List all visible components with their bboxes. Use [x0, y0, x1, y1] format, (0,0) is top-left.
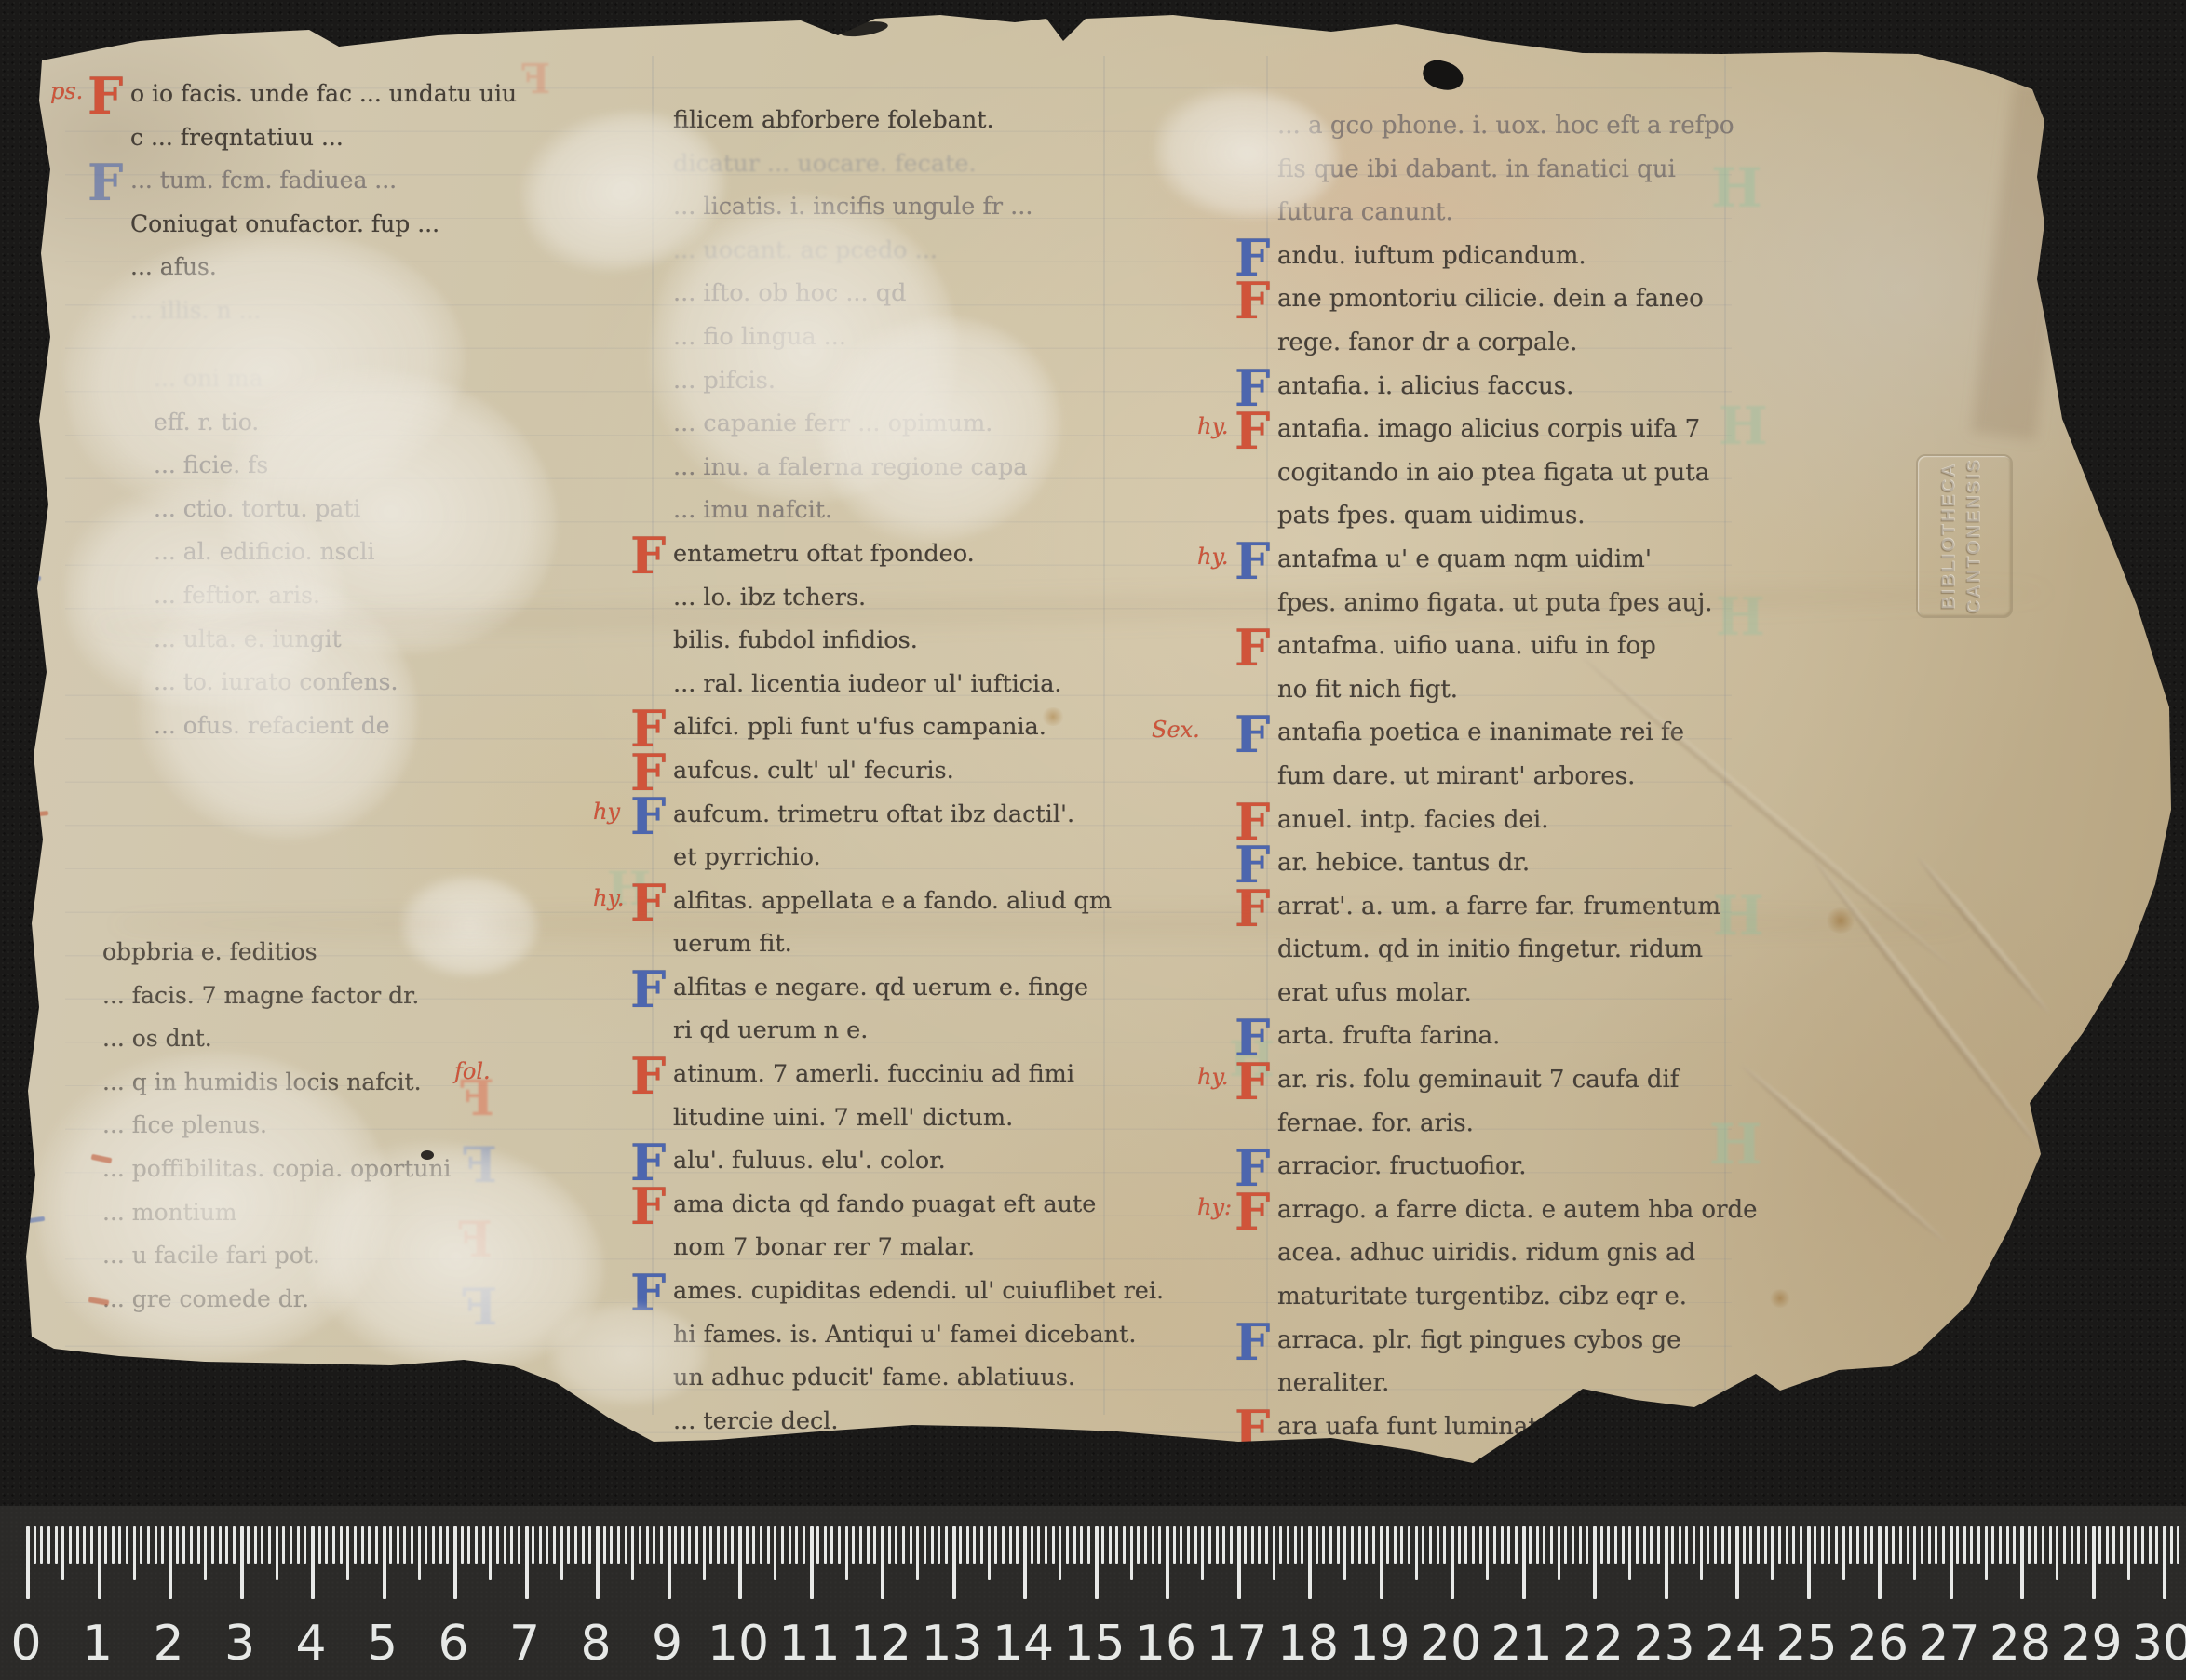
text-line: ... u facile fari pot.: [102, 1234, 624, 1278]
text-line: alifci. ppli funt u'fus campania.: [673, 706, 1120, 749]
glossary-entry: hy.Far. ris. folu geminauit 7 caufa diff…: [1277, 1058, 1724, 1145]
ruler-tick: [668, 1526, 671, 1599]
text-line: ... licatis. i. incifis ungule fr ...: [673, 185, 1120, 229]
glossary-entry: Fane pmontoriu cilicie. dein a faneorege…: [1277, 277, 1724, 364]
ruler-tick: [1870, 1526, 1873, 1564]
glossary-entry: ... illis. n ...: [130, 289, 540, 333]
glossary-entry: hy.Falfitas. appellata e a fando. aliud …: [673, 880, 1120, 966]
ruler-tick: [2049, 1526, 2052, 1564]
ruler-tick: [225, 1526, 228, 1564]
ruler-tick: [126, 1526, 128, 1564]
text-line: alu'. fuluus. elu'. color.: [673, 1139, 1120, 1183]
text-line: ... montium: [102, 1191, 624, 1235]
text-column-left-middle: ... oni maeff. r. tio.... ficie. fs... c…: [154, 357, 600, 747]
ruler-tick: [724, 1526, 727, 1564]
ruler-tick: [2112, 1526, 2115, 1564]
ruler-tick: [1016, 1526, 1019, 1564]
ruler-tick: [403, 1526, 406, 1564]
ruler-tick: [2063, 1526, 2066, 1564]
ruler-tick: [432, 1526, 435, 1564]
text-line: arrago. a farre dicta. e autem hba orde: [1277, 1189, 1724, 1232]
glossary-entry: Coniugat onufactor. fup ...... afus.: [130, 203, 540, 289]
ruler-tick: [1507, 1526, 1510, 1564]
ruler-tick: [2141, 1526, 2144, 1564]
glossary-entry: Farta. frufta farina.: [1277, 1015, 1724, 1058]
glossary-entry: bilis. fubdol infidios.: [673, 619, 1120, 663]
ruler-tick: [1343, 1526, 1346, 1580]
ruler-tick: [881, 1526, 884, 1599]
ruler-tick: [625, 1526, 627, 1564]
ruler-tick: [1380, 1526, 1383, 1599]
ruler-tick: [346, 1526, 349, 1580]
ruler-tick: [1031, 1526, 1033, 1564]
ruler-number: 27: [1918, 1616, 1979, 1672]
ruler-tick: [1614, 1526, 1617, 1564]
ruler-number: 28: [1990, 1616, 2051, 1672]
text-line: ... feftior. aris.: [154, 574, 600, 618]
text-line: ... gre comede dr.: [102, 1278, 624, 1322]
ruler-number: 15: [1063, 1616, 1125, 1672]
ruler-tick: [1208, 1526, 1211, 1564]
ruler-tick: [1458, 1526, 1461, 1564]
ruler-tick: [709, 1526, 712, 1564]
text-line: alfitas e negare. qd uerum e. finge: [673, 966, 1120, 1010]
ruler-tick: [2056, 1526, 2058, 1580]
ruler-number: 2: [153, 1616, 183, 1672]
text-line: ... capanie ferr ... opimum.: [673, 402, 1120, 446]
ruler-number: 4: [295, 1616, 326, 1672]
ruler-tick: [155, 1526, 157, 1564]
ruler-number: 5: [367, 1616, 398, 1672]
ruler-tick: [104, 1526, 107, 1564]
ruler-tick: [1265, 1526, 1268, 1564]
ruler-tick: [1529, 1526, 1532, 1564]
ruler-tick: [582, 1526, 585, 1564]
entry-initial: F: [88, 155, 123, 209]
margin-note: hy:: [1197, 1194, 1232, 1220]
ruler-tick: [118, 1526, 121, 1564]
ruler-tick: [1329, 1526, 1332, 1564]
ruler-number: 24: [1705, 1616, 1766, 1672]
ruler-tick: [2013, 1526, 2016, 1564]
text-line: ri qd uerum n e.: [673, 1009, 1120, 1053]
text-line: nom 7 bonar rer 7 malar.: [673, 1226, 1120, 1270]
text-line: andu. iuftum pdicandum.: [1277, 235, 1724, 278]
text-line: ... lo. ibz tchers.: [673, 576, 1120, 620]
glossary-entry: filicem abforbere folebant.: [673, 99, 1120, 142]
ruler-tick: [1301, 1526, 1303, 1564]
text-line: entametru oftat fpondeo.: [673, 532, 1120, 576]
ruler-tick: [1230, 1526, 1233, 1564]
ruler-tick: [140, 1526, 142, 1564]
ruler-tick: [26, 1526, 30, 1599]
ruler-tick: [1515, 1526, 1518, 1564]
ruler-tick: [1486, 1526, 1489, 1580]
text-line: erat ufus molar.: [1277, 972, 1724, 1015]
ruler-tick: [1956, 1526, 1959, 1564]
ruler-tick: [1892, 1526, 1895, 1564]
entry-initial: F: [1235, 1055, 1270, 1109]
ruler-tick: [1501, 1526, 1504, 1564]
ruler-tick: [639, 1526, 641, 1564]
ruler-tick: [1636, 1526, 1639, 1564]
ruler-tick: [1572, 1526, 1574, 1564]
text-line: dictum. qd in initio fingetur. ridum: [1277, 928, 1724, 972]
text-line: antafma u' e quam nqm uidim': [1277, 538, 1724, 582]
ruler-tick: [1771, 1526, 1774, 1580]
ruler-tick: [55, 1526, 58, 1564]
ruler-tick: [1828, 1526, 1830, 1564]
text-column-left-bottom: obpbria e. feditios... facis. 7 magne fa…: [102, 931, 624, 1321]
ruler-tick: [1657, 1526, 1660, 1564]
ruler-tick: [888, 1526, 891, 1564]
ruler-tick: [1600, 1526, 1603, 1564]
glossary-entry: F... tum. fcm. fadiuea ...: [130, 159, 540, 203]
ruler-tick: [980, 1526, 983, 1564]
glossary-entry: ... licatis. i. incifis ungule fr ...: [673, 185, 1120, 229]
margin-note: Sex.: [1152, 717, 1200, 743]
ruler-tick: [674, 1526, 677, 1564]
ruler-tick: [475, 1526, 478, 1564]
glossary-entry: eff. r. tio.... ficie. fs... ctio. tortu…: [154, 401, 600, 748]
ruler-tick: [781, 1526, 784, 1564]
text-line: ... tum. fcm. fadiuea ...: [130, 159, 540, 203]
ruler-tick: [1942, 1526, 1945, 1564]
ruler-tick: [2177, 1526, 2179, 1564]
ruler-tick: [1735, 1526, 1739, 1599]
text-line: ... ctio. tortu. pati: [154, 488, 600, 531]
text-line: ... ulta. e. iungit: [154, 618, 600, 662]
ruler-tick: [525, 1526, 529, 1599]
ruler-tick: [902, 1526, 905, 1564]
ruler-tick: [703, 1526, 706, 1580]
ruler-tick: [610, 1526, 613, 1564]
ruler-tick: [61, 1526, 64, 1580]
glossary-entry: Farraca. plr. figt pingues cybos general…: [1277, 1319, 1724, 1405]
glossary-entry: ... ifto. ob hoc ... qd: [673, 272, 1120, 316]
ruler-tick: [169, 1526, 172, 1599]
ruler-tick: [1985, 1526, 1988, 1580]
glossary-entry: hy.Fantafia. imago alicius corpis uifa 7…: [1277, 408, 1724, 538]
margin-note: hy.: [1197, 1064, 1228, 1090]
ruler-tick: [1080, 1526, 1083, 1564]
ruler-tick: [361, 1526, 364, 1564]
ruler-tick: [1137, 1526, 1140, 1564]
ruler-tick: [1950, 1526, 1953, 1599]
ruler-tick: [233, 1526, 236, 1564]
parchment-fragment: HHHHHHHFFFFFFFH ps.Fo io facis. unde fac…: [0, 0, 2186, 1508]
fold-crease: [1809, 855, 2044, 1154]
ruler-tick: [1059, 1526, 1061, 1580]
ruler-tick: [1536, 1526, 1539, 1564]
manuscript-photo: { "stamp": { "line1": "BIBLIOTHECA", "li…: [0, 0, 2186, 1680]
text-line: cogitando in aio ptea figata ut puta: [1277, 451, 1724, 495]
ruler-tick: [47, 1526, 50, 1564]
ruler-tick: [1800, 1526, 1802, 1564]
ruler-tick: [90, 1526, 93, 1564]
text-line: fis que ibi dabant. in fanatici qui: [1277, 148, 1724, 192]
text-line: litudine uini. 7 mell' dictum.: [673, 1096, 1120, 1140]
ruler-tick: [1144, 1526, 1147, 1564]
text-line: bilis. fubdol infidios.: [673, 619, 1120, 663]
glossary-entry: Fantafma. uifio uana. uifu in fopno fit …: [1277, 625, 1724, 711]
ruler-tick: [1778, 1526, 1781, 1564]
text-line: neraliter.: [1277, 1362, 1724, 1405]
ruler-tick: [325, 1526, 328, 1564]
ruler-tick: [803, 1526, 805, 1564]
stain-spot: [1825, 907, 1856, 934]
ruler-tick: [2098, 1526, 2101, 1564]
ruler-tick: [1628, 1526, 1631, 1580]
ruler-tick: [1543, 1526, 1545, 1564]
fold-crease: [1739, 1062, 1949, 1245]
ruler-tick: [1166, 1526, 1169, 1599]
ruler-tick: [646, 1526, 649, 1564]
ruler-tick: [1693, 1526, 1695, 1564]
glossary-entry: ... ral. licentia iudeor ul' iufticia.: [673, 663, 1120, 706]
ruler-tick: [190, 1526, 193, 1564]
ruler-tick: [1052, 1526, 1055, 1564]
ruler-tick: [461, 1526, 464, 1564]
ruler-tick: [354, 1526, 357, 1564]
ruler-tick: [2034, 1526, 2037, 1564]
ruler-tick: [425, 1526, 427, 1564]
ruler-tick: [1287, 1526, 1289, 1564]
ruler: 0123456789101112131415161718192021222324…: [0, 1506, 2186, 1680]
entry-initial: F: [630, 962, 666, 1016]
ruler-tick: [518, 1526, 520, 1564]
ruler-tick: [1422, 1526, 1424, 1564]
ruler-tick: [368, 1526, 371, 1564]
margin-note: hy.: [1197, 544, 1228, 570]
ruler-tick: [596, 1526, 600, 1599]
ruler-tick: [660, 1526, 663, 1564]
ruler-tick: [40, 1526, 43, 1564]
ruler-tick: [1764, 1526, 1767, 1564]
ruler-tick: [1558, 1526, 1560, 1580]
ruler-tick: [297, 1526, 300, 1564]
ruler-tick: [1685, 1526, 1688, 1564]
ruler-tick: [1451, 1526, 1454, 1599]
ruler-tick: [389, 1526, 392, 1564]
glossary-entry: Far. hebice. tantus dr.: [1277, 841, 1724, 885]
ruler-tick: [824, 1526, 827, 1564]
text-line: ... ficie. fs: [154, 444, 600, 488]
ruler-tick: [1251, 1526, 1254, 1564]
ruler-tick: [760, 1526, 762, 1564]
ruler-tick: [931, 1526, 934, 1564]
ruler-tick: [532, 1526, 534, 1564]
ruler-tick: [1002, 1526, 1005, 1564]
text-line: et pyrrichio.: [673, 836, 1120, 880]
ruler-tick: [1700, 1526, 1703, 1580]
glossary-entry: Farracior. fructuofior.: [1277, 1145, 1724, 1189]
ruler-tick: [1749, 1526, 1752, 1564]
ruler-tick: [617, 1526, 620, 1564]
glossary-entry: dicatur ... uocare. fecate.: [673, 142, 1120, 186]
text-line: o io facis. unde fac ... undatu uiu: [130, 73, 540, 116]
text-line: ... a gco phone. i. uox. hoc eft a refpo: [1277, 104, 1724, 148]
ruler-tick: [1279, 1526, 1282, 1564]
text-line: rege. fanor dr a corpale.: [1277, 321, 1724, 365]
ruler-tick: [1593, 1526, 1597, 1599]
ruler-tick: [397, 1526, 399, 1564]
ruler-tick: [1222, 1526, 1225, 1564]
ruler-tick: [276, 1526, 278, 1580]
text-line: ... imu nafcit.: [673, 489, 1120, 532]
ruler-tick: [161, 1526, 164, 1564]
ruler-tick: [952, 1526, 956, 1599]
ruler-tick: [1671, 1526, 1674, 1564]
text-line: maturitate turgentibz. cibz eqr e.: [1277, 1275, 1724, 1319]
ruler-tick: [1023, 1526, 1027, 1599]
ink-dot: [421, 1150, 434, 1160]
ruler-tick: [1244, 1526, 1247, 1564]
text-line: obpbria e. feditios: [102, 931, 624, 974]
ruler-tick: [2170, 1526, 2173, 1564]
text-line: ... q in humidis locis nafcit.: [102, 1061, 624, 1105]
ruler-tick: [752, 1526, 755, 1564]
text-column-left-top: ps.Fo io facis. unde fac ... undatu uiuc…: [130, 73, 540, 333]
ruler-tick: [2149, 1526, 2152, 1564]
margin-note: hy: [593, 799, 620, 825]
ruler-tick: [1522, 1526, 1526, 1599]
ruler-tick: [1443, 1526, 1446, 1564]
ruler-tick: [1586, 1526, 1588, 1564]
ruler-tick: [1386, 1526, 1389, 1564]
entry-initial: F: [1235, 274, 1270, 328]
ruler-tick: [76, 1526, 79, 1564]
ruler-tick: [1351, 1526, 1354, 1564]
ruler-tick: [1322, 1526, 1325, 1564]
ruler-tick: [653, 1526, 655, 1564]
text-line: ... illis. n ...: [130, 289, 540, 333]
ruler-tick: [2106, 1526, 2109, 1564]
ruler-tick: [182, 1526, 185, 1564]
ruler-tick: [959, 1526, 962, 1564]
ruler-tick: [688, 1526, 691, 1564]
ruler-tick: [966, 1526, 969, 1564]
ruler-tick: [1194, 1526, 1197, 1564]
ruler-tick: [1885, 1526, 1888, 1564]
ruler-tick: [1650, 1526, 1653, 1564]
ruler-tick: [2006, 1526, 2009, 1564]
glossary-entry: fol.Fatinum. 7 amerli. fucciniu ad fimil…: [673, 1053, 1120, 1139]
glossary-entry: Farrat'. a. um. a farre far. frumentumdi…: [1277, 885, 1724, 1015]
ruler-tick: [895, 1526, 897, 1564]
ruler-tick: [873, 1526, 876, 1564]
ruler-tick: [1856, 1526, 1859, 1564]
ruler-tick: [1899, 1526, 1902, 1564]
glossary-entry: Fantafia. i. alicius faccus.: [1277, 365, 1724, 409]
ruler-tick: [574, 1526, 577, 1564]
ruler-tick: [1400, 1526, 1403, 1564]
text-line: ... os dnt.: [102, 1017, 624, 1061]
text-line: hi fames. is. Antiqui u' famei dicebant.: [673, 1313, 1120, 1357]
text-line: fpes. animo figata. ut puta fpes auj.: [1277, 582, 1724, 625]
ruler-tick: [482, 1526, 485, 1564]
ruler-number: 1: [82, 1616, 113, 1672]
ruler-tick: [539, 1526, 542, 1564]
ruler-tick: [546, 1526, 548, 1564]
ruler-number: 6: [438, 1616, 468, 1672]
ruler-tick: [1095, 1526, 1099, 1599]
text-line: ames. cupiditas edendi. ul' cuiuflibet r…: [673, 1270, 1120, 1313]
text-line: fernae. for. aris.: [1277, 1102, 1724, 1146]
glossary-entry: Fama dicta qd fando puagat eft autenom 7…: [673, 1183, 1120, 1270]
ruler-number: 21: [1491, 1616, 1552, 1672]
text-line: un adhuc pducit' fame. ablatiuus.: [673, 1356, 1120, 1400]
ruler-tick: [994, 1526, 997, 1564]
ruler-tick: [1643, 1526, 1646, 1564]
ruler-tick: [1316, 1526, 1318, 1564]
ruler-tick: [133, 1526, 136, 1580]
text-column-middle: filicem abforbere folebant.dicatur ... u…: [673, 99, 1120, 1443]
ruler-tick: [1415, 1526, 1418, 1580]
ruler-tick: [34, 1526, 36, 1564]
ruler-tick: [867, 1526, 870, 1564]
ruler-tick: [1814, 1526, 1816, 1564]
ruler-tick: [717, 1526, 720, 1564]
margin-note: hy.: [593, 885, 624, 911]
ruler-tick: [1564, 1526, 1567, 1564]
text-line: aufcum. trimetru oftat ibz dactil'.: [673, 793, 1120, 837]
glossary-entry: Fanuel. intp. facies dei.: [1277, 799, 1724, 842]
ruler-tick: [496, 1526, 499, 1564]
ruler-tick: [2134, 1526, 2137, 1564]
ruler-tick: [1579, 1526, 1582, 1564]
ruler-tick: [1294, 1526, 1297, 1564]
ruler-tick: [2127, 1526, 2130, 1580]
ruler-tick: [2163, 1526, 2166, 1599]
entry-initial: F: [1235, 881, 1270, 935]
ruler-tick: [2092, 1526, 2096, 1599]
ruler-tick: [375, 1526, 378, 1564]
text-line: ... fio lingua ...: [673, 316, 1120, 359]
ruler-tick: [1665, 1526, 1668, 1599]
fold-crease: [1914, 853, 2052, 1015]
ruler-tick: [1073, 1526, 1076, 1564]
text-line: ... al. edificio. nscli: [154, 531, 600, 574]
text-line: ... inu. a falerna regione capa: [673, 446, 1120, 490]
entry-initial: F: [1235, 1315, 1270, 1369]
text-line: uerum fit.: [673, 922, 1120, 966]
ruler-tick: [1365, 1526, 1368, 1564]
text-line: acea. adhuc uiridis. ridum gnis ad: [1277, 1231, 1724, 1275]
ruler-tick: [332, 1526, 335, 1564]
ruler-number: 13: [921, 1616, 982, 1672]
ruler-tick: [1273, 1526, 1275, 1580]
ruler-number: 0: [10, 1616, 41, 1672]
ruler-tick: [1913, 1526, 1916, 1580]
ruler-tick: [1472, 1526, 1475, 1564]
ruler-tick: [1437, 1526, 1439, 1564]
ruler-tick: [411, 1526, 413, 1564]
text-line: arta. frufta farina.: [1277, 1015, 1724, 1058]
ruler-tick: [973, 1526, 976, 1564]
ruler-tick: [852, 1526, 855, 1564]
ruler-tick: [916, 1526, 919, 1580]
ruler-tick: [1152, 1526, 1154, 1564]
glossary-entry: hy:Farrago. a farre dicta. e autem hba o…: [1277, 1189, 1724, 1319]
text-line: atinum. 7 amerli. fucciniu ad fimi: [673, 1053, 1120, 1096]
ruler-tick: [1130, 1526, 1133, 1580]
ruler-tick: [1970, 1526, 1973, 1564]
entry-initial: F: [630, 1049, 666, 1103]
ruler-number: 10: [708, 1616, 769, 1672]
ruler-tick: [1337, 1526, 1340, 1564]
margin-note: ps.: [50, 78, 83, 104]
